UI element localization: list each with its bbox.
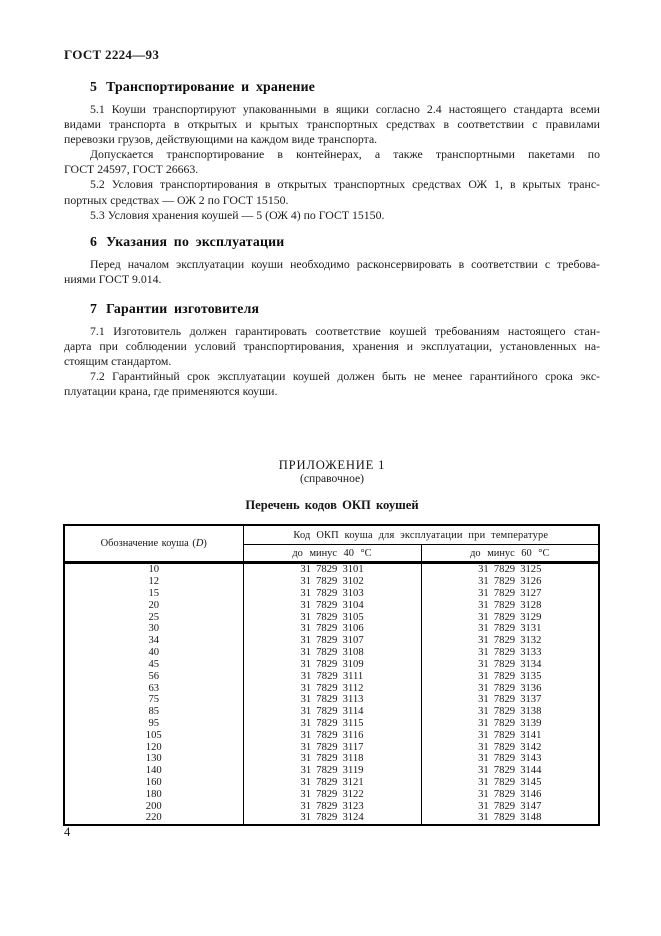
table-cell: 31 7829 3115 bbox=[243, 718, 421, 730]
text-line: Допускается транспортирование в контейне… bbox=[64, 147, 600, 162]
column-header-okp-span: Код ОКП коуша для эксплуатации при темпе… bbox=[243, 525, 599, 545]
paragraph-6-1: Перед началом эксплуатации коуши необход… bbox=[64, 257, 600, 287]
section-7-heading: 7Гарантии изготовителя bbox=[64, 300, 600, 317]
table-cell: 31 7829 3102 bbox=[243, 576, 421, 588]
section-number: 7 bbox=[90, 301, 97, 316]
table-cell: 20 bbox=[64, 600, 243, 612]
table-cell: 31 7829 3146 bbox=[421, 789, 599, 801]
table-row: 6331 7829 311231 7829 3136 bbox=[64, 683, 599, 695]
table-cell: 31 7829 3106 bbox=[243, 623, 421, 635]
table-cell: 31 7829 3104 bbox=[243, 600, 421, 612]
table-cell: 63 bbox=[64, 683, 243, 695]
table-cell: 40 bbox=[64, 647, 243, 659]
section-title: Транспортирование и хранение bbox=[106, 79, 315, 94]
text-line: ниями ГОСТ 9.014. bbox=[64, 272, 600, 287]
table-cell: 31 7829 3131 bbox=[421, 623, 599, 635]
text-line: стоящим стандартом. bbox=[64, 354, 600, 369]
table-cell: 31 7829 3101 bbox=[243, 563, 421, 576]
table-row: 1031 7829 310131 7829 3125 bbox=[64, 563, 599, 576]
table-cell: 31 7829 3112 bbox=[243, 683, 421, 695]
table-cell: 31 7829 3127 bbox=[421, 588, 599, 600]
column-header-text: Обозначение коуша ( bbox=[101, 538, 196, 549]
document-page: ГОСТ 2224—93 5Транспортирование и хранен… bbox=[0, 0, 661, 936]
table-cell: 31 7829 3114 bbox=[243, 706, 421, 718]
doc-code: ГОСТ 2224—93 bbox=[64, 48, 600, 61]
section-number: 6 bbox=[90, 234, 97, 249]
table-row: 2531 7829 310531 7829 3129 bbox=[64, 612, 599, 624]
table-cell: 31 7829 3121 bbox=[243, 777, 421, 789]
table-cell: 31 7829 3145 bbox=[421, 777, 599, 789]
table-row: 12031 7829 311731 7829 3142 bbox=[64, 742, 599, 754]
text-line: 5.2 Условия транспортирования в открытых… bbox=[64, 177, 600, 192]
table-cell: 31 7829 3137 bbox=[421, 694, 599, 706]
text-line: портных средствах — ОЖ 2 по ГОСТ 15150. bbox=[64, 193, 600, 208]
table-row: 7531 7829 311331 7829 3137 bbox=[64, 694, 599, 706]
okp-codes-table: Обозначение коуша (D) Код ОКП коуша для … bbox=[63, 524, 600, 826]
table-cell: 31 7829 3119 bbox=[243, 765, 421, 777]
paragraph-5-2: 5.2 Условия транспортирования в открытых… bbox=[64, 177, 600, 207]
table-row: 1531 7829 310331 7829 3127 bbox=[64, 588, 599, 600]
table-row: 14031 7829 311931 7829 3144 bbox=[64, 765, 599, 777]
table-cell: 75 bbox=[64, 694, 243, 706]
table-cell: 160 bbox=[64, 777, 243, 789]
table-cell: 31 7829 3133 bbox=[421, 647, 599, 659]
appendix-block: ПРИЛОЖЕНИЕ 1 (справочное) Перечень кодов… bbox=[64, 458, 600, 513]
table-cell: 31 7829 3138 bbox=[421, 706, 599, 718]
table-cell: 31 7829 3125 bbox=[421, 563, 599, 576]
table-cell: 31 7829 3111 bbox=[243, 671, 421, 683]
column-header-designation: Обозначение коуша (D) bbox=[64, 525, 243, 563]
table-row: 13031 7829 311831 7829 3143 bbox=[64, 753, 599, 765]
table-row: 9531 7829 311531 7829 3139 bbox=[64, 718, 599, 730]
appendix-table-title: Перечень кодов ОКП коушей bbox=[64, 498, 600, 513]
table-cell: 180 bbox=[64, 789, 243, 801]
text-line: перевозки грузов, действующими на каждом… bbox=[64, 132, 600, 147]
paragraph-5-3: 5.3 Условия хранения коушей — 5 (ОЖ 4) п… bbox=[64, 208, 600, 223]
okp-table-body: 1031 7829 310131 7829 31251231 7829 3102… bbox=[64, 563, 599, 825]
section-7-body: 7.1 Изготовитель должен гарантировать со… bbox=[64, 324, 600, 399]
appendix-sublabel: (справочное) bbox=[64, 472, 600, 486]
paragraph-5-1a: Допускается транспортирование в контейне… bbox=[64, 147, 600, 177]
table-cell: 85 bbox=[64, 706, 243, 718]
text-line: видами транспорта в открытых и крытых тр… bbox=[64, 117, 600, 132]
table-cell: 15 bbox=[64, 588, 243, 600]
table-cell: 220 bbox=[64, 812, 243, 825]
table-cell: 105 bbox=[64, 730, 243, 742]
table-cell: 140 bbox=[64, 765, 243, 777]
text-line: 5.3 Условия хранения коушей — 5 (ОЖ 4) п… bbox=[64, 208, 600, 223]
table-cell: 31 7829 3147 bbox=[421, 801, 599, 813]
table-cell: 31 7829 3135 bbox=[421, 671, 599, 683]
table-cell: 31 7829 3141 bbox=[421, 730, 599, 742]
table-cell: 31 7829 3128 bbox=[421, 600, 599, 612]
section-title: Гарантии изготовителя bbox=[106, 301, 259, 316]
column-header-minus-40: до минус 40 °С bbox=[243, 545, 421, 563]
table-row: 5631 7829 311131 7829 3135 bbox=[64, 671, 599, 683]
table-row: 16031 7829 312131 7829 3145 bbox=[64, 777, 599, 789]
section-6-heading: 6Указания по эксплуатации bbox=[64, 233, 600, 250]
table-cell: 120 bbox=[64, 742, 243, 754]
text-line: Перед началом эксплуатации коуши необход… bbox=[64, 257, 600, 272]
table-cell: 31 7829 3105 bbox=[243, 612, 421, 624]
paragraph-5-1: 5.1 Коуши транспортируют упакованными в … bbox=[64, 102, 600, 147]
column-header-minus-60: до минус 60 °С bbox=[421, 545, 599, 563]
section-number: 5 bbox=[90, 79, 97, 94]
table-cell: 31 7829 3143 bbox=[421, 753, 599, 765]
text-line: ГОСТ 24597, ГОСТ 26663. bbox=[64, 162, 600, 177]
table-row: 8531 7829 311431 7829 3138 bbox=[64, 706, 599, 718]
table-row: 1231 7829 310231 7829 3126 bbox=[64, 576, 599, 588]
table-cell: 10 bbox=[64, 563, 243, 576]
table-cell: 95 bbox=[64, 718, 243, 730]
paragraph-7-1: 7.1 Изготовитель должен гарантировать со… bbox=[64, 324, 600, 369]
table-cell: 31 7829 3103 bbox=[243, 588, 421, 600]
table-cell: 31 7829 3107 bbox=[243, 635, 421, 647]
table-cell: 130 bbox=[64, 753, 243, 765]
table-cell: 31 7829 3142 bbox=[421, 742, 599, 754]
section-5-body: 5.1 Коуши транспортируют упакованными в … bbox=[64, 102, 600, 223]
table-cell: 45 bbox=[64, 659, 243, 671]
table-cell: 31 7829 3126 bbox=[421, 576, 599, 588]
table-cell: 31 7829 3118 bbox=[243, 753, 421, 765]
table-cell: 31 7829 3116 bbox=[243, 730, 421, 742]
text-line: 5.1 Коуши транспортируют упакованными в … bbox=[64, 102, 600, 117]
table-row: 4031 7829 310831 7829 3133 bbox=[64, 647, 599, 659]
text-line: 7.2 Гарантийный срок эксплуатации коушей… bbox=[64, 369, 600, 384]
table-row: 2031 7829 310431 7829 3128 bbox=[64, 600, 599, 612]
appendix-label: ПРИЛОЖЕНИЕ 1 bbox=[64, 458, 600, 472]
text-line: дарта при соблюдении условий транспортир… bbox=[64, 339, 600, 354]
section-6-body: Перед началом эксплуатации коуши необход… bbox=[64, 257, 600, 287]
table-cell: 31 7829 3148 bbox=[421, 812, 599, 825]
table-cell: 30 bbox=[64, 623, 243, 635]
table-row: 3031 7829 310631 7829 3131 bbox=[64, 623, 599, 635]
table-cell: 31 7829 3108 bbox=[243, 647, 421, 659]
table-cell: 25 bbox=[64, 612, 243, 624]
table-cell: 31 7829 3117 bbox=[243, 742, 421, 754]
table-cell: 12 bbox=[64, 576, 243, 588]
table-cell: 31 7829 3113 bbox=[243, 694, 421, 706]
text-line: 7.1 Изготовитель должен гарантировать со… bbox=[64, 324, 600, 339]
table-row: 18031 7829 312231 7829 3146 bbox=[64, 789, 599, 801]
section-title: Указания по эксплуатации bbox=[106, 234, 284, 249]
table-cell: 31 7829 3139 bbox=[421, 718, 599, 730]
table-cell: 31 7829 3109 bbox=[243, 659, 421, 671]
table-cell: 56 bbox=[64, 671, 243, 683]
okp-table-header: Обозначение коуша (D) Код ОКП коуша для … bbox=[64, 525, 599, 563]
table-row: 3431 7829 310731 7829 3132 bbox=[64, 635, 599, 647]
table-row: 20031 7829 312331 7829 3147 bbox=[64, 801, 599, 813]
paragraph-7-2: 7.2 Гарантийный срок эксплуатации коушей… bbox=[64, 369, 600, 399]
table-cell: 31 7829 3129 bbox=[421, 612, 599, 624]
table-cell: 31 7829 3122 bbox=[243, 789, 421, 801]
table-row: 4531 7829 310931 7829 3134 bbox=[64, 659, 599, 671]
table-cell: 200 bbox=[64, 801, 243, 813]
table-cell: 31 7829 3134 bbox=[421, 659, 599, 671]
table-cell: 31 7829 3144 bbox=[421, 765, 599, 777]
column-header-text: ) bbox=[203, 538, 206, 549]
page-number: 4 bbox=[64, 825, 70, 840]
table-cell: 31 7829 3124 bbox=[243, 812, 421, 825]
table-cell: 34 bbox=[64, 635, 243, 647]
table-row: 22031 7829 312431 7829 3148 bbox=[64, 812, 599, 825]
section-5-heading: 5Транспортирование и хранение bbox=[64, 78, 600, 95]
page-content: ГОСТ 2224—93 5Транспортирование и хранен… bbox=[64, 48, 600, 826]
table-cell: 31 7829 3123 bbox=[243, 801, 421, 813]
table-cell: 31 7829 3132 bbox=[421, 635, 599, 647]
table-cell: 31 7829 3136 bbox=[421, 683, 599, 695]
text-line: плуатации крана, где применяются коуши. bbox=[64, 384, 600, 399]
table-row: 10531 7829 311631 7829 3141 bbox=[64, 730, 599, 742]
